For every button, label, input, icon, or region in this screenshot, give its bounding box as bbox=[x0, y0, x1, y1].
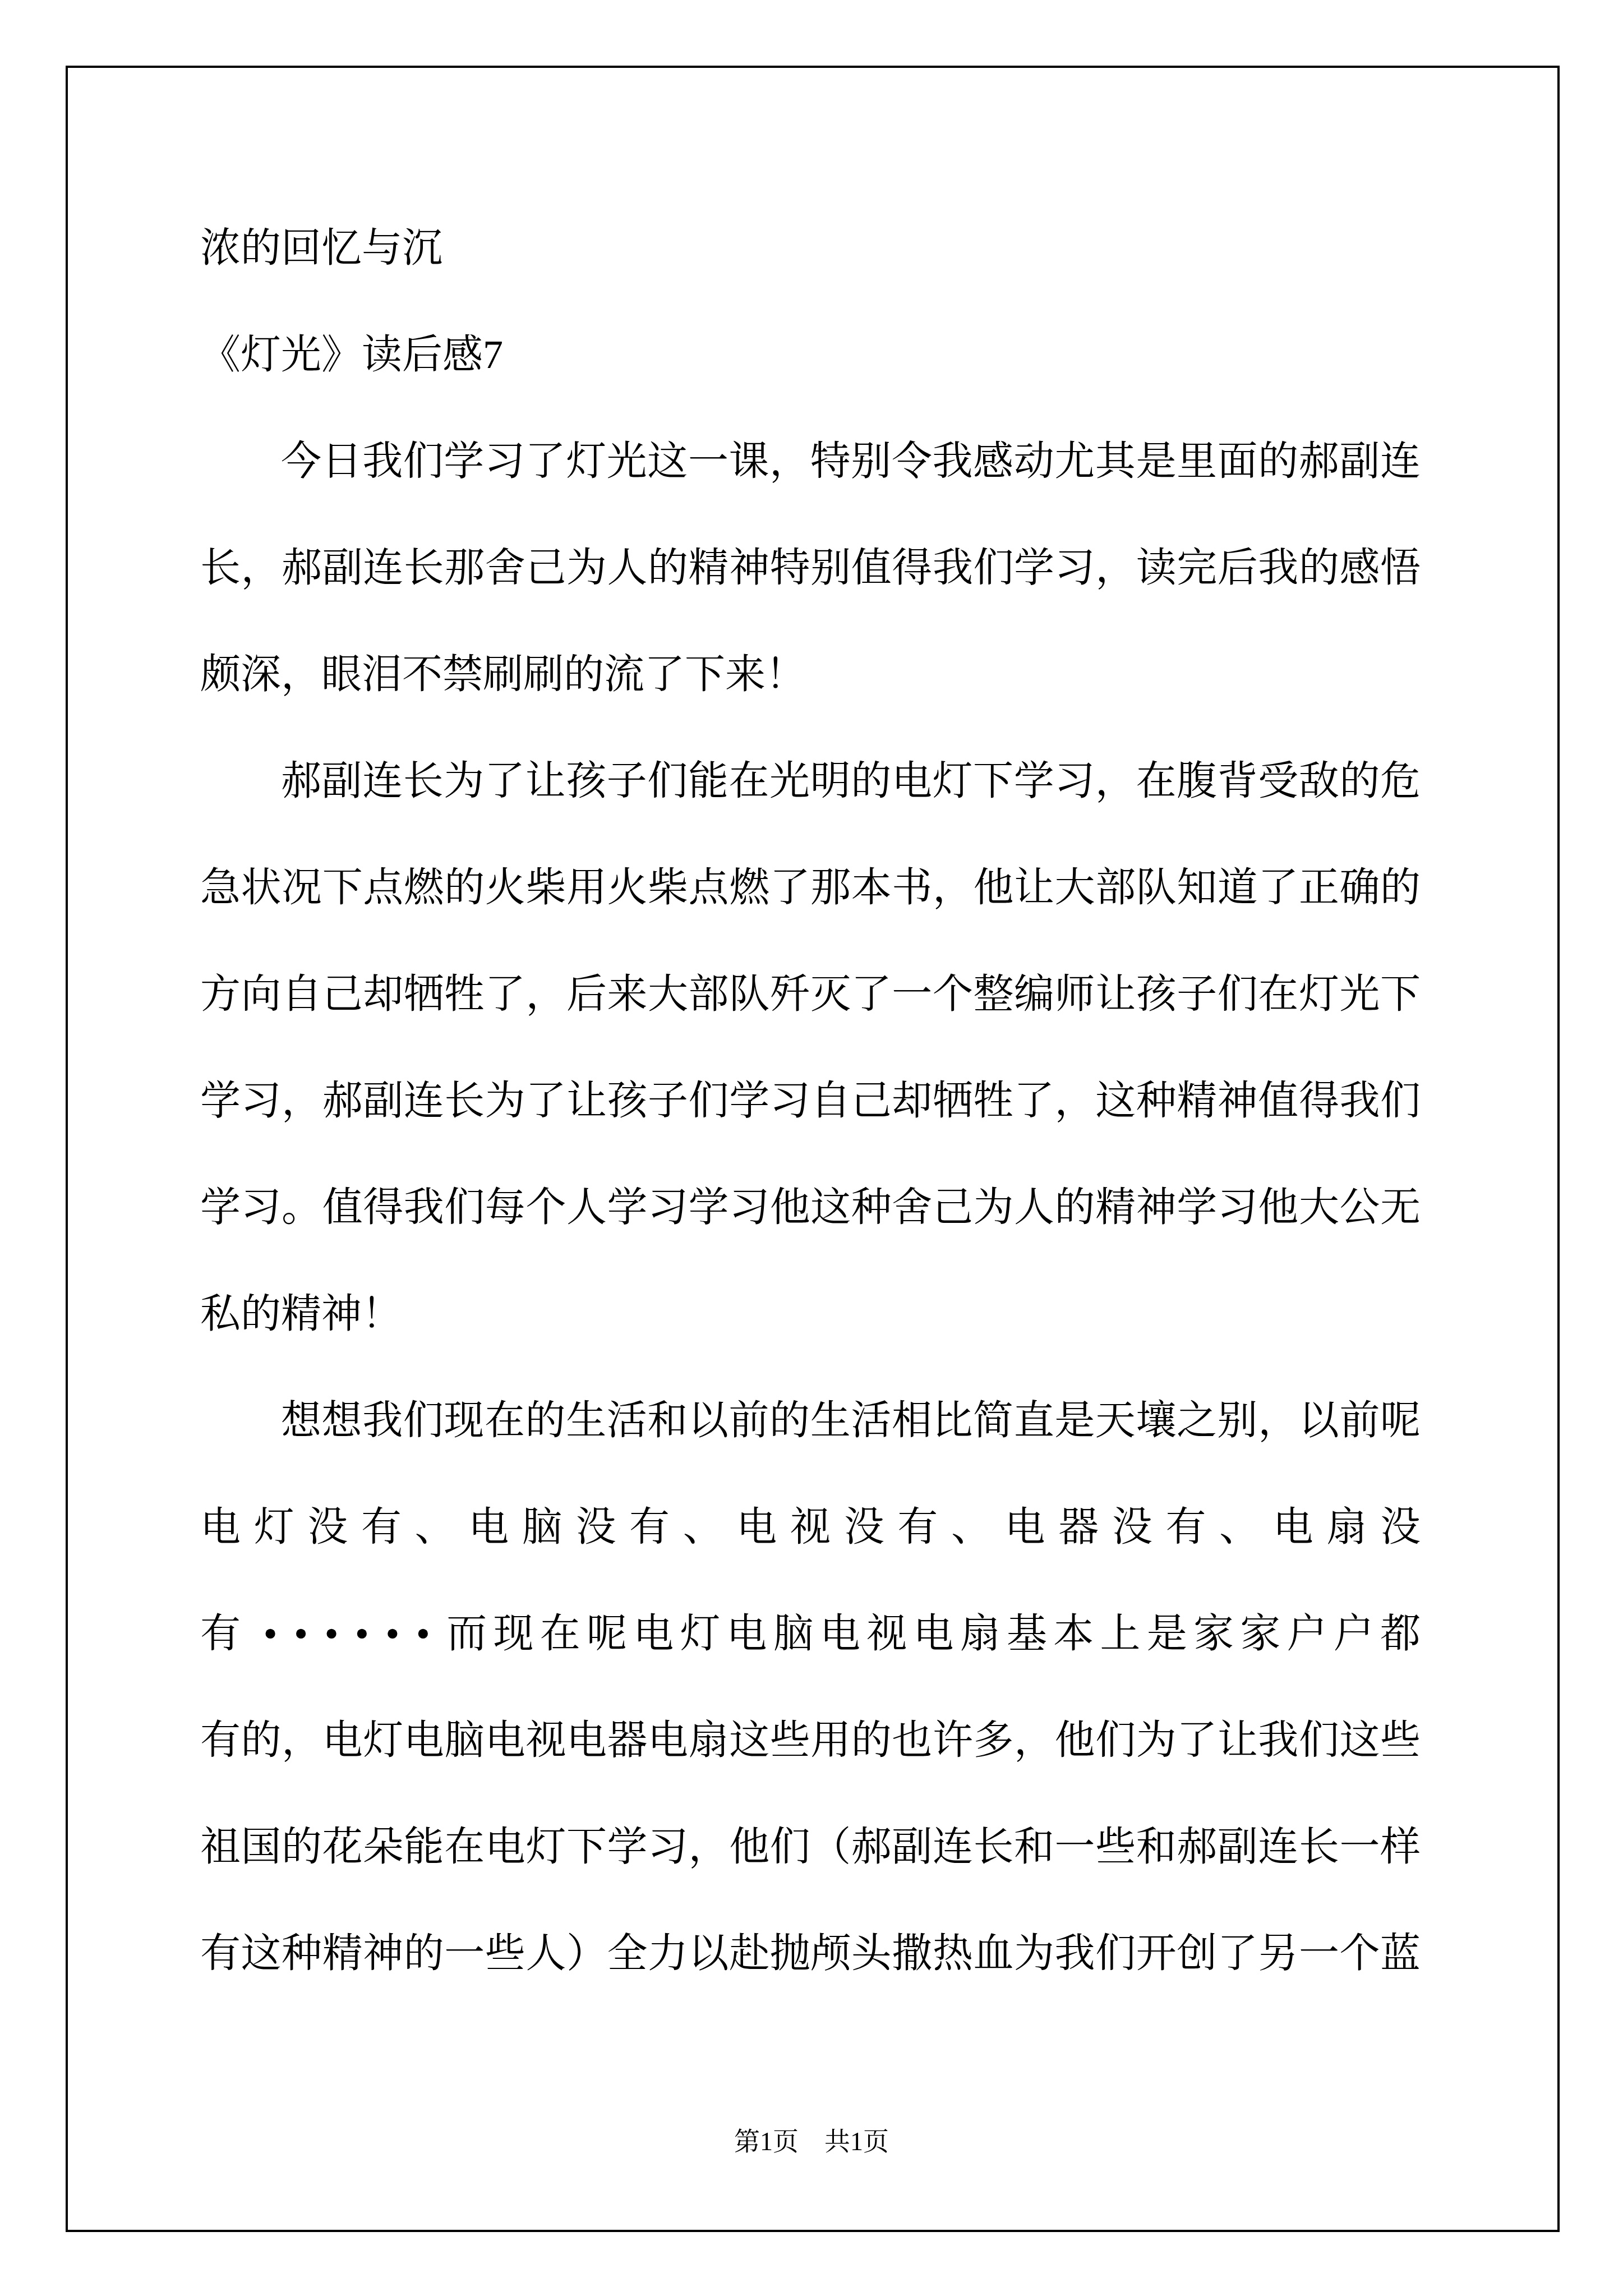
text-line: 颇深，眼泪不禁刷刷的流了下来！ bbox=[200, 621, 1421, 728]
text-line: 《灯光》读后感7 bbox=[200, 301, 1421, 408]
text-line: 长，郝副连长那舍己为人的精神特别值得我们学习，读完后我的感悟 bbox=[200, 514, 1421, 621]
text-line: 想想我们现在的生活和以前的生活相比简直是天壤之别，以前呢 bbox=[200, 1367, 1421, 1474]
text-line: 今日我们学习了灯光这一课，特别令我感动尤其是里面的郝副连 bbox=[200, 408, 1421, 514]
text-line: 私的精神！ bbox=[200, 1260, 1421, 1367]
page-number-current: 第1页 bbox=[734, 2127, 799, 2156]
text-line: 学习。值得我们每个人学习学习他这种舍己为人的精神学习他大公无 bbox=[200, 1154, 1421, 1260]
text-line: 急状况下点燃的火柴用火柴点燃了那本书，他让大部队知道了正确的 bbox=[200, 834, 1421, 941]
page-number-total: 共1页 bbox=[824, 2127, 889, 2156]
document-text: 浓的回忆与沉《灯光》读后感7今日我们学习了灯光这一课，特别令我感动尤其是里面的郝… bbox=[200, 195, 1421, 2007]
text-line: 方向自己却牺牲了，后来大部队歼灭了一个整编师让孩子们在灯光下 bbox=[200, 941, 1421, 1047]
text-line: 浓的回忆与沉 bbox=[200, 195, 1421, 301]
text-line: 有这种精神的一些人）全力以赴抛颅头撒热血为我们开创了另一个蓝 bbox=[200, 1900, 1421, 2007]
text-line: 有 • • • • • • 而现在呢电灯电脑电视电扇基本上是家家户户都 bbox=[200, 1580, 1421, 1687]
page-footer: 第1页共1页 bbox=[0, 2125, 1623, 2159]
text-line: 郝副连长为了让孩子们能在光明的电灯下学习，在腹背受敌的危 bbox=[200, 728, 1421, 834]
text-line: 学习，郝副连长为了让孩子们学习自己却牺牲了，这种精神值得我们 bbox=[200, 1047, 1421, 1154]
document-page: 浓的回忆与沉《灯光》读后感7今日我们学习了灯光这一课，特别令我感动尤其是里面的郝… bbox=[0, 0, 1623, 2296]
text-line: 电灯没有、电脑没有、电视没有、电器没有、电扇没 bbox=[200, 1474, 1421, 1580]
text-line: 祖国的花朵能在电灯下学习，他们（郝副连长和一些和郝副连长一样 bbox=[200, 1793, 1421, 1900]
text-line: 有的，电灯电脑电视电器电扇这些用的也许多，他们为了让我们这些 bbox=[200, 1687, 1421, 1793]
